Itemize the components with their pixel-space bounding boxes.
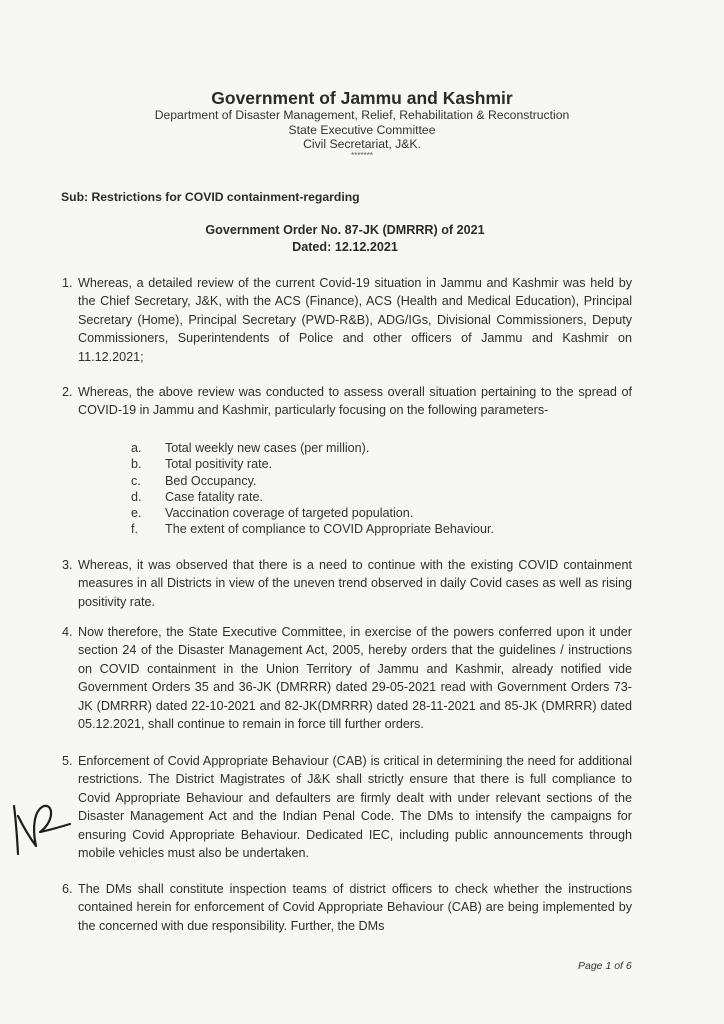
paragraph-number: 3.	[62, 556, 73, 574]
list-item: f.The extent of compliance to COVID Appr…	[131, 521, 494, 537]
paragraph-3: 3. Whereas, it was observed that there i…	[62, 556, 632, 611]
department-name: Department of Disaster Management, Relie…	[0, 108, 724, 123]
parameter-list: a.Total weekly new cases (per million). …	[131, 440, 494, 538]
paragraph-text: Whereas, it was observed that there is a…	[62, 556, 632, 611]
order-heading: Government Order No. 87-JK (DMRRR) of 20…	[0, 222, 690, 256]
list-item: a.Total weekly new cases (per million).	[131, 440, 494, 456]
paragraph-5: 5. Enforcement of Covid Appropriate Beha…	[62, 752, 632, 862]
list-item: c.Bed Occupancy.	[131, 473, 494, 489]
paragraph-text: Whereas, a detailed review of the curren…	[62, 274, 632, 366]
paragraph-number: 6.	[62, 880, 73, 898]
paragraph-4: 4. Now therefore, the State Executive Co…	[62, 623, 632, 733]
handwritten-initials-icon	[8, 796, 72, 860]
paragraph-number: 1.	[62, 274, 73, 292]
list-item: e.Vaccination coverage of targeted popul…	[131, 505, 494, 521]
letterhead: Government of Jammu and Kashmir Departme…	[0, 88, 724, 160]
paragraph-6: 6. The DMs shall constitute inspection t…	[62, 880, 632, 935]
paragraph-text: The DMs shall constitute inspection team…	[62, 880, 632, 935]
paragraph-2: 2. Whereas, the above review was conduct…	[62, 383, 632, 420]
document-page: Government of Jammu and Kashmir Departme…	[0, 0, 724, 1024]
paragraph-1: 1. Whereas, a detailed review of the cur…	[62, 274, 632, 366]
subject-line: Sub: Restrictions for COVID containment-…	[61, 190, 360, 204]
page-number: Page 1 of 6	[578, 960, 632, 972]
header-separator: *******	[0, 152, 724, 160]
committee-name: State Executive Committee	[0, 123, 724, 138]
paragraph-number: 5.	[62, 752, 73, 770]
paragraph-text: Now therefore, the State Executive Commi…	[62, 623, 632, 733]
list-item: d.Case fatality rate.	[131, 489, 494, 505]
order-date: Dated: 12.12.2021	[0, 239, 690, 256]
government-title: Government of Jammu and Kashmir	[0, 88, 724, 108]
order-number: Government Order No. 87-JK (DMRRR) of 20…	[0, 222, 690, 239]
paragraph-number: 2.	[62, 383, 73, 401]
office-address: Civil Secretariat, J&K.	[0, 137, 724, 152]
paragraph-text: Enforcement of Covid Appropriate Behavio…	[62, 752, 632, 862]
list-item: b.Total positivity rate.	[131, 456, 494, 472]
paragraph-text: Whereas, the above review was conducted …	[62, 383, 632, 420]
paragraph-number: 4.	[62, 623, 73, 641]
